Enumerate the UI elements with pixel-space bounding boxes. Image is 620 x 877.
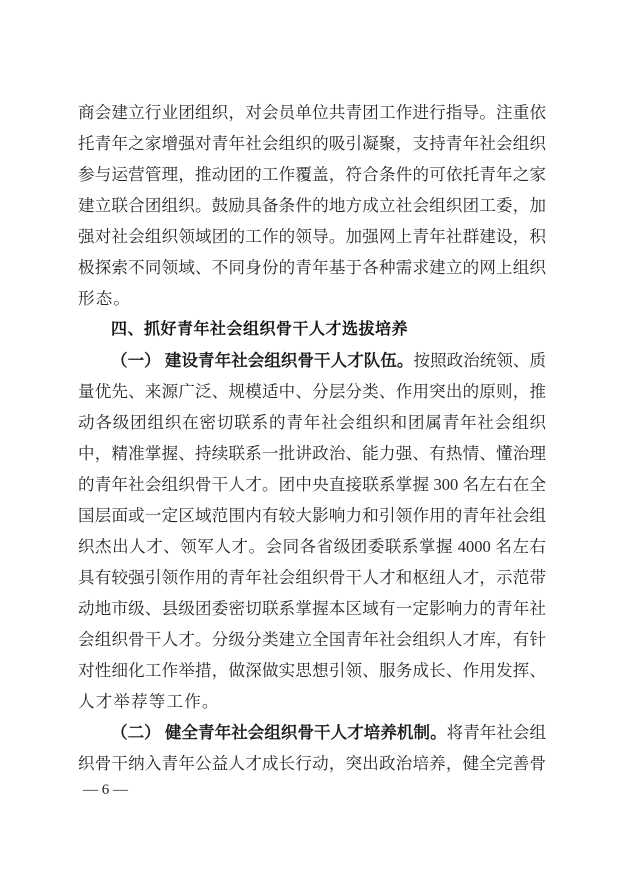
text-line: 国层面或一定区域范围内有较大影响力和引领作用的青年社会组 — [78, 500, 546, 531]
text-line: 量优先、来源广泛、规模适中、分层分类、作用突出的原则，推 — [78, 376, 546, 407]
text-line: 动各级团组织在密切联系的青年社会组织和团属青年社会组织 — [78, 407, 546, 438]
text-line: 参与运营管理，推动团的工作覆盖，符合条件的可依托青年之家 — [78, 159, 546, 190]
text-line: 对性细化工作举措，做深做实思想引领、服务成长、作用发挥、 — [78, 655, 546, 686]
text-line: 极探索不同领域、不同身份的青年基于各种需求建立的网上组织 — [78, 252, 546, 283]
paragraph-end-line: 人才举荐等工作。 — [78, 686, 546, 717]
text-line: 织杰出人才、领军人才。会同各省级团委联系掌握 4000 名左右 — [78, 531, 546, 562]
text-line: 商会建立行业团组织，对会员单位共青团工作进行指导。注重依 — [78, 97, 546, 128]
text-line: 会组织骨干人才。分级分类建立全国青年社会组织人才库，有针 — [78, 624, 546, 655]
text-line: 建立联合团组织。鼓励具备条件的地方成立社会组织团工委，加 — [78, 190, 546, 221]
text-line: 具有较强引领作用的青年社会组织骨干人才和枢纽人才，示范带 — [78, 562, 546, 593]
paragraph-lead: （一） 建设青年社会组织骨干人才队伍。 — [111, 351, 414, 370]
text-line: （二） 健全青年社会组织骨干人才培养机制。将青年社会组 — [78, 717, 546, 748]
text-line: 动地市级、县级团委密切联系掌握本区域有一定影响力的青年社 — [78, 593, 546, 624]
section-heading: 四、抓好青年社会组织骨干人才选拔培养 — [78, 314, 546, 345]
text-line: 织骨干纳入青年公益人才成长行动，突出政治培养，健全完善骨 — [78, 748, 546, 779]
paragraph-text: 按照政治统领、质 — [414, 351, 547, 370]
document-body: 商会建立行业团组织，对会员单位共青团工作进行指导。注重依 托青年之家增强对青年社… — [78, 97, 546, 779]
text-line: 中，精准掌握、持续联系一批讲政治、能力强、有热情、懂治理 — [78, 438, 546, 469]
document-page: 商会建立行业团组织，对会员单位共青团工作进行指导。注重依 托青年之家增强对青年社… — [0, 0, 620, 877]
text-line: 强对社会组织领域团的工作的领导。加强网上青年社群建设，积 — [78, 221, 546, 252]
text-line: 托青年之家增强对青年社会组织的吸引凝聚，支持青年社会组织 — [78, 128, 546, 159]
text-line: 的青年社会组织骨干人才。团中央直接联系掌握 300 名左右在全 — [78, 469, 546, 500]
paragraph-end-line: 形态。 — [78, 283, 546, 314]
text-line: （一） 建设青年社会组织骨干人才队伍。按照政治统领、质 — [78, 345, 546, 376]
page-number: — 6 — — [83, 780, 128, 800]
paragraph-lead: （二） 健全青年社会组织骨干人才培养机制。 — [111, 723, 447, 742]
paragraph-text: 将青年社会组 — [447, 723, 546, 742]
